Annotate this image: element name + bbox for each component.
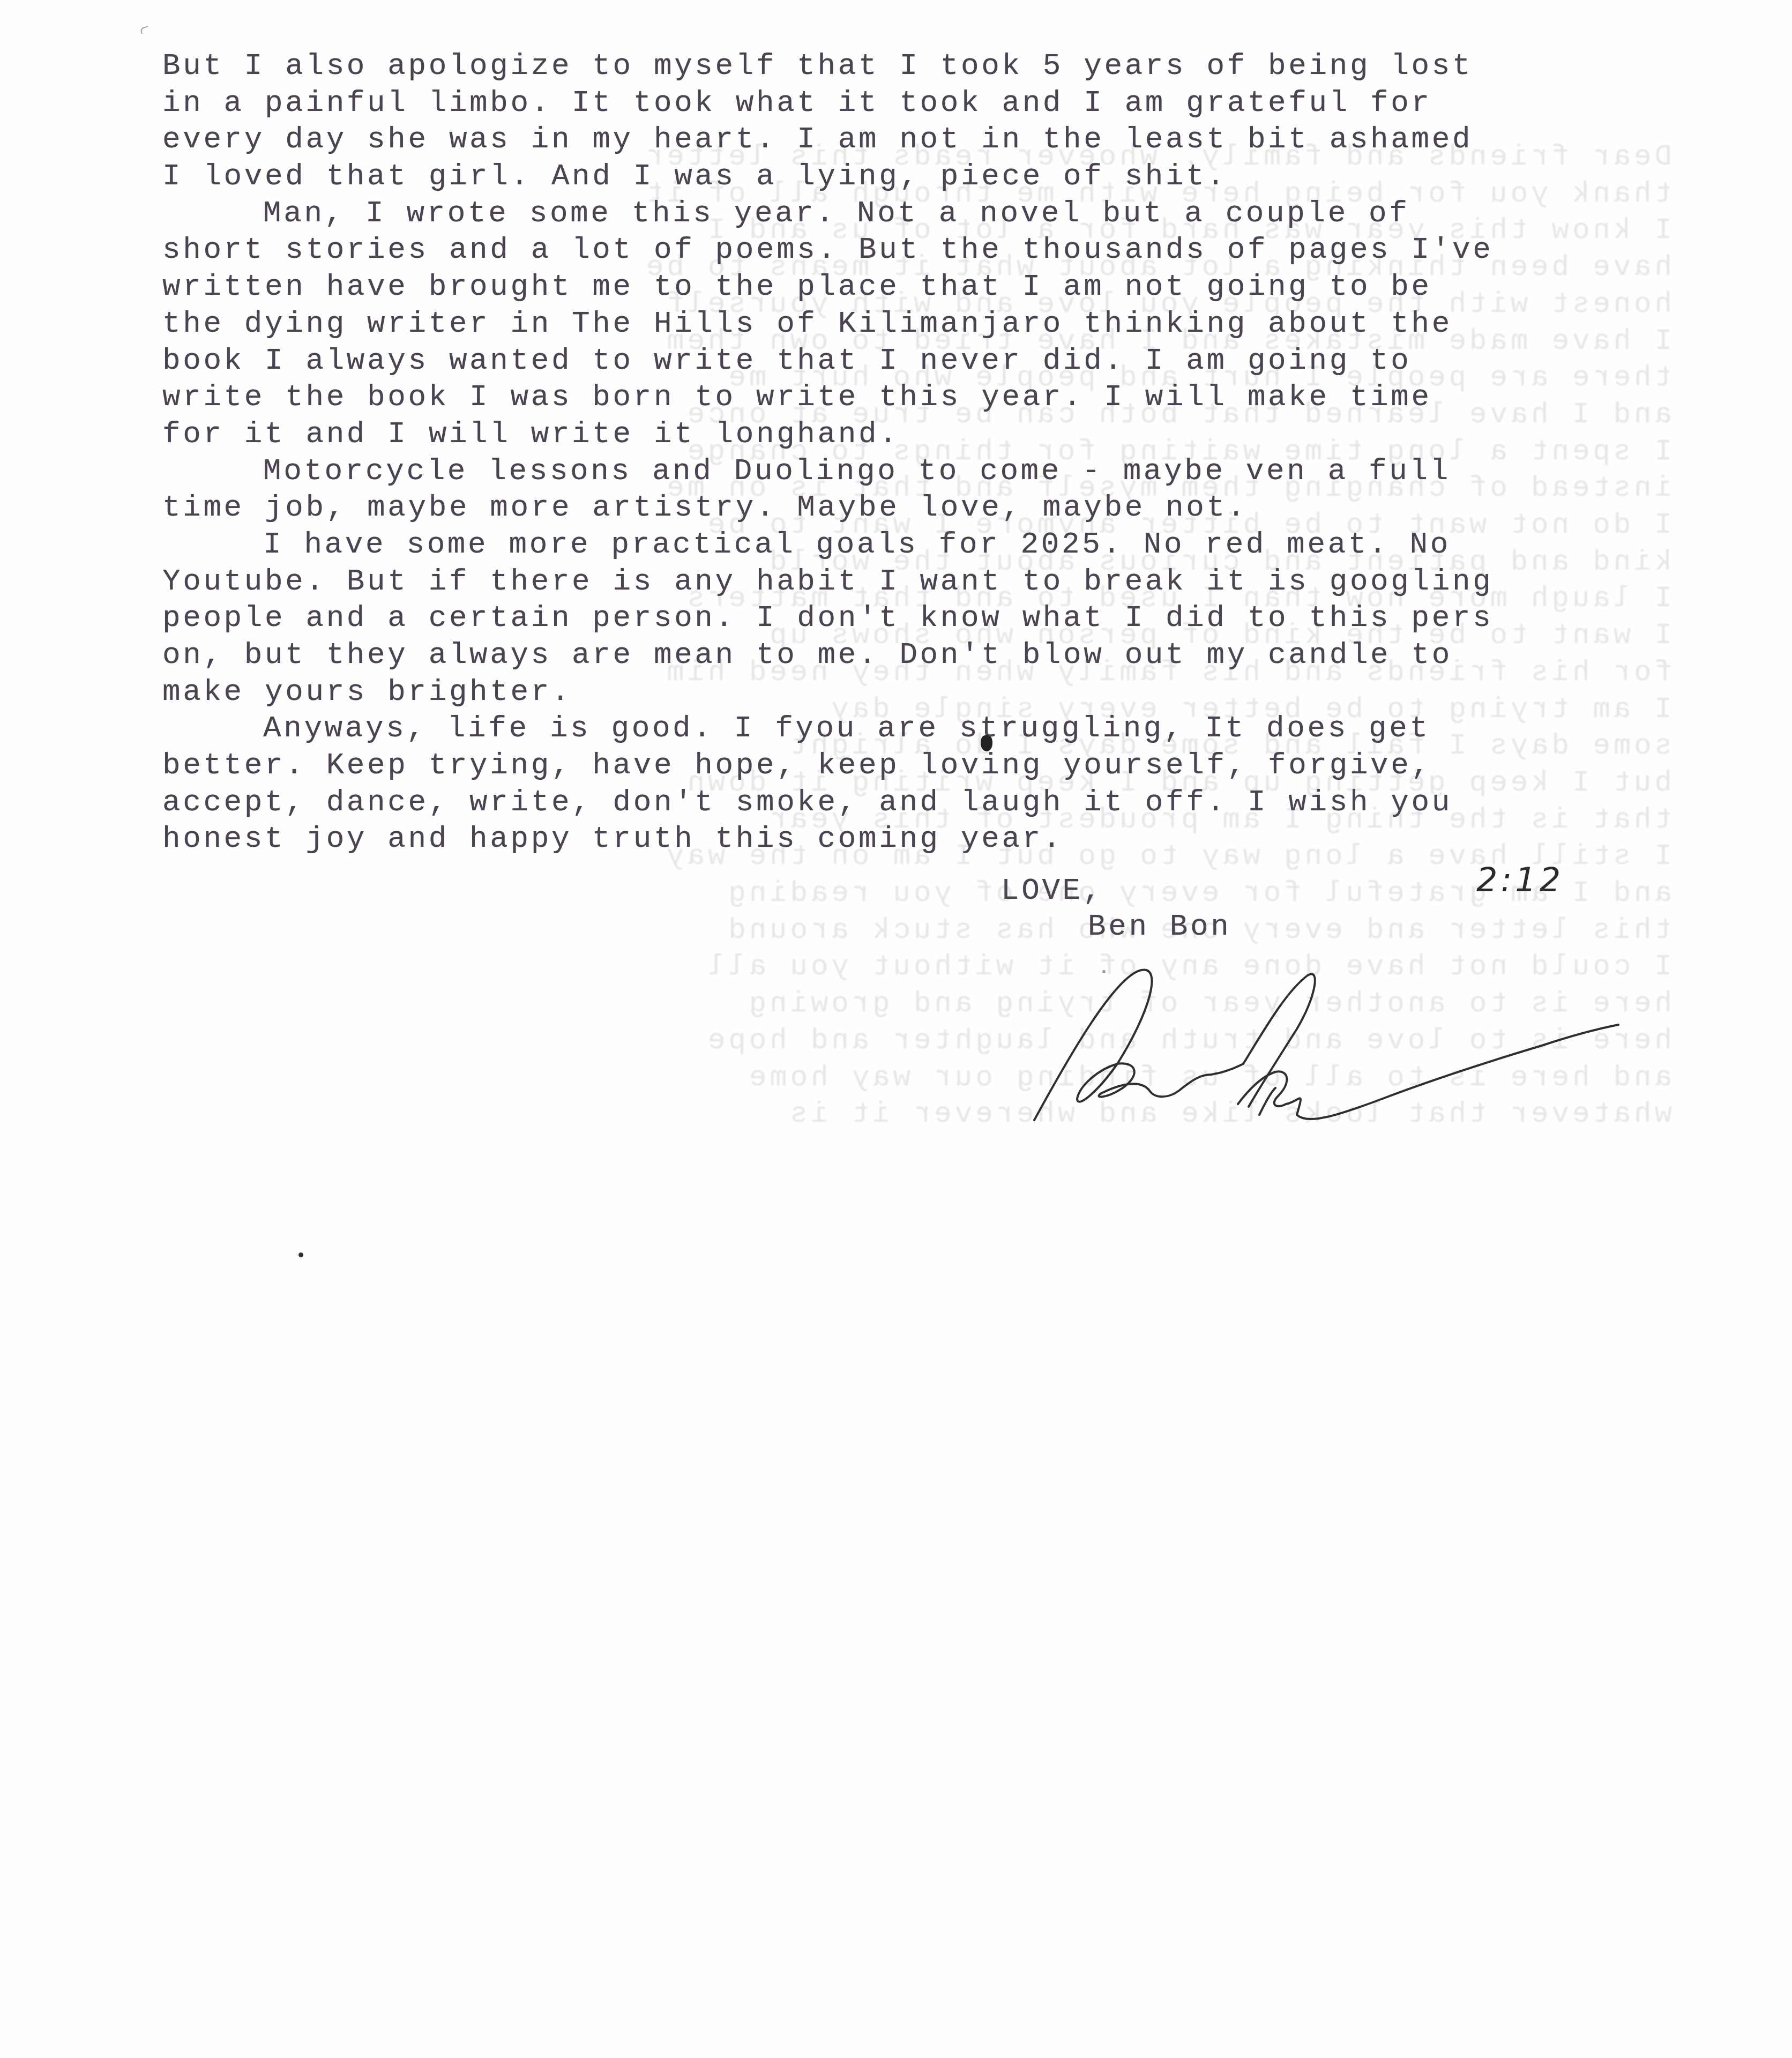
letter-line: honest joy and happy truth this coming y… [162,821,1716,857]
letter-line: people and a certain person. I don't kno… [162,600,1716,637]
paper-speck [298,1252,303,1257]
letter-line: I have some more practical goals for 202… [162,526,1716,563]
ink-blot [981,735,992,751]
letter-line: on, but they always are mean to me. Don'… [162,637,1716,674]
letter-line: write the book I was born to write this … [162,379,1716,416]
letter-line: every day she was in my heart. I am not … [162,121,1716,158]
closing-salutation: LOVE, [1001,874,1103,908]
typed-signature-name: Ben Bon [1088,909,1231,944]
letter-line: the dying writer in The Hills of Kiliman… [162,305,1716,342]
letter-line: time job, maybe more artistry. Maybe lov… [162,489,1716,526]
letter-line: written have brought me to the place tha… [162,269,1716,305]
paper-speck [1102,970,1106,973]
letter-line: But I also apologize to myself that I to… [162,48,1716,85]
letter-line: in a painful limbo. It took what it took… [162,85,1716,122]
letter-line: Motorcycle lessons and Duolingo to come … [162,453,1716,490]
letter-line: Youtube. But if there is any habit I wan… [162,563,1716,600]
letter-line: for it and I will write it longhand. [162,416,1716,453]
letter-line: make yours brighter. [162,674,1716,711]
letter-line: accept, dance, write, don't smoke, and l… [162,784,1716,821]
letter-line: Man, I wrote some this year. Not a novel… [162,195,1716,232]
letter-body: But I also apologize to myself that I to… [162,48,1716,857]
letter-line: better. Keep trying, have hope, keep lov… [162,747,1716,784]
letter-line: short stories and a lot of poems. But th… [162,232,1716,269]
handwritten-signature [1007,954,1624,1136]
letter-line: book I always wanted to write that I nev… [162,342,1716,379]
paper-mark [140,26,150,34]
letter-line: Anyways, life is good. I fyou are strugg… [162,710,1716,747]
letter-page: Dear friends and family, whoever reads t… [0,0,1792,2058]
handwritten-date-note: 2:12 [1476,860,1564,899]
letter-line: I loved that girl. And I was a lying, pi… [162,158,1716,195]
